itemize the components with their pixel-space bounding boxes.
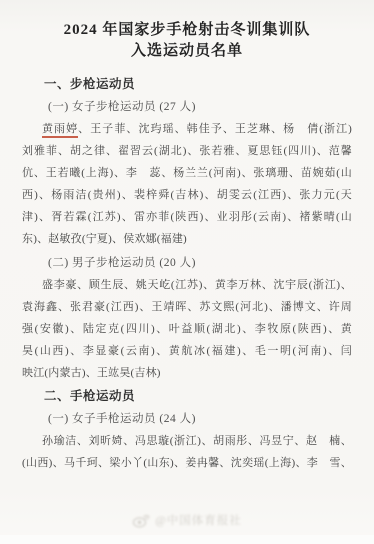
name-line: 黄雨婷、王子菲、沈玙瑶、韩佳予、王芝琳、杨 倩(浙江) [22, 118, 352, 140]
section-heading-1: 一、步枪运动员 [22, 74, 352, 94]
subsection-label: (二) 男子步枪运动员 (20 人) [22, 252, 352, 274]
name-line: 伉、王若曦(上海)、李 蕊、杨兰兰(河南)、张璃珊、苗婉茹(山 [22, 162, 352, 184]
name-line: 津)、胥若霖(江苏)、雷亦菲(陕西)、业羽彤(云南)、褚紫晴(山 [22, 206, 352, 228]
page-title: 2024 年国家步手枪射击冬训集训队 入选运动员名单 [0, 20, 374, 62]
name-paragraph: 黄雨婷、王子菲、沈玙瑶、韩佳予、王芝琳、杨 倩(浙江)刘雅菲、胡之律、翟習云(湖… [22, 118, 352, 250]
subsection-label: (一) 女子步枪运动员 (27 人) [22, 96, 352, 118]
name-line: 强(安徽)、陆定克(四川)、叶益顺(湖北)、李牧原(陕西)、黄 [22, 318, 352, 340]
athlete-list: 一、步枪运动员(一) 女子步枪运动员 (27 人)黄雨婷、王子菲、沈玙瑶、韩佳予… [0, 74, 374, 474]
photo-bottom-strip [0, 535, 374, 544]
name-line: 昊(山西)、李显豪(云南)、黄航冰(福建)、毛一明(河南)、闫 [22, 340, 352, 362]
name-line: (山西)、马千珂、梁小丫(山东)、姜冉馨、沈奕瑶(上海)、李 雪、 [22, 452, 352, 474]
weibo-watermark-text: @中国体育报社 [155, 512, 242, 528]
name-line: 映江(内蒙古)、王竑昊(吉林) [22, 362, 352, 384]
document-page: 2024 年国家步手枪射击冬训集训队 入选运动员名单 一、步枪运动员(一) 女子… [0, 0, 374, 544]
name-line: 盛李豪、顾生辰、姚天屹(江苏)、黄李万林、沈宇辰(浙江)、 [22, 274, 352, 296]
name-line: 孙瑜洁、刘昕婍、冯思璇(浙江)、胡雨彤、冯昱宁、赵 楠、 [22, 430, 352, 452]
name-line: 东)、赵敏孜(宁夏)、侯欢娜(福建) [22, 228, 352, 250]
underlined-name: 黄雨婷 [42, 123, 78, 138]
weibo-watermark: @中国体育报社 [0, 512, 374, 528]
name-line: 袁海鑫、张君豪(江西)、王靖晖、苏文熙(河北)、潘博文、许周 [22, 296, 352, 318]
section-heading-2: 二、手枪运动员 [22, 386, 352, 406]
name-paragraph: 盛李豪、顾生辰、姚天屹(江苏)、黄李万林、沈宇辰(浙江)、袁海鑫、张君豪(江西)… [22, 274, 352, 384]
weibo-icon [132, 513, 150, 528]
name-paragraph: 孙瑜洁、刘昕婍、冯思璇(浙江)、胡雨彤、冯昱宁、赵 楠、(山西)、马千珂、梁小丫… [22, 430, 352, 474]
page-title-line2: 入选运动员名单 [0, 41, 374, 62]
name-line: 西)、杨雨洁(贵州)、裴梓舜(吉林)、胡雯云(江西)、张力元(天 [22, 184, 352, 206]
subsection-label: (一) 女子手枪运动员 (24 人) [22, 408, 352, 430]
page-title-line1: 2024 年国家步手枪射击冬训集训队 [0, 20, 374, 41]
name-line: 刘雅菲、胡之律、翟習云(湖北)、张若雅、夏思钰(四川)、范馨 [22, 140, 352, 162]
